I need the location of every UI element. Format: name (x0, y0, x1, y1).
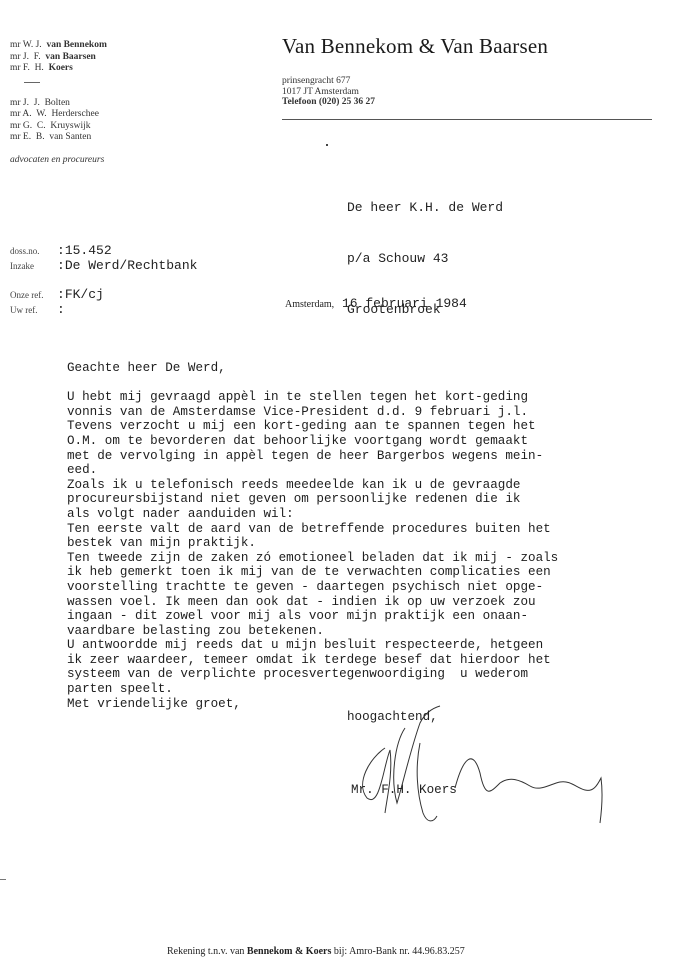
address-street: prinsengracht 677 (282, 76, 375, 87)
closing: hoogachtend, (347, 710, 438, 724)
body-line: ik zeer waardeer, temeer omdat ik terdeg… (67, 653, 558, 668)
recipient-name: De heer K.H. de Werd (347, 199, 503, 216)
signer-name: Mr. F.H. Koers (351, 783, 457, 797)
partner-title: mr J. F. (10, 52, 45, 62)
partner-separator (24, 82, 40, 83)
partner-name: Bolten (45, 98, 70, 108)
our-ref-value: FK/cj (65, 287, 104, 302)
punch-mark (0, 879, 6, 880)
partner-row: mr G. C. Kruyswijk (10, 121, 107, 133)
body-line: ik heb gemerkt toen ik mij van de te ver… (67, 565, 558, 580)
reference-block: doss.no.:15.452 Inzake:De Werd/Rechtbank… (10, 243, 197, 317)
footer-account-holder: Bennekom & Koers (247, 946, 331, 957)
dossier-label: doss.no. (10, 244, 57, 259)
partner-title: mr G. C. (10, 121, 50, 131)
date-place: Amsterdam, (285, 299, 334, 310)
body-line: bestek van mijn praktijk. (67, 536, 558, 551)
footer-suffix: bij: Amro-Bank nr. 44.96.83.257 (334, 946, 465, 957)
partner-title: mr E. B. (10, 132, 49, 142)
dossier-value: 15.452 (65, 243, 112, 258)
salutation: Geachte heer De Werd, (67, 361, 558, 376)
scan-speck (326, 144, 328, 146)
body-line: systeem van de verplichte procesvertegen… (67, 667, 558, 682)
your-ref-label: Uw ref. (10, 303, 57, 318)
partner-row: mr E. B. van Santen (10, 132, 107, 144)
partner-name: van Baarsen (45, 52, 95, 62)
body-line: Ten tweede zijn de zaken zó emotioneel b… (67, 551, 558, 566)
partner-name: van Santen (49, 132, 91, 142)
body-line: U antwoordde mij reeds dat u mijn beslui… (67, 638, 558, 653)
recipient-street: p/a Schouw 43 (347, 250, 503, 267)
subject-label: Inzake (10, 259, 57, 274)
body-line: Ten eerste valt de aard van de betreffen… (67, 522, 558, 537)
partner-list: mr W. J. van Bennekommr J. F. van Baarse… (10, 40, 107, 166)
body-line: ingaan - dit zowel voor mij als voor mij… (67, 609, 558, 624)
body-line: Zoals ik u telefonisch reeds meedeelde k… (67, 478, 558, 493)
body-line: procureursbijstand niet geven om persoon… (67, 492, 558, 507)
body-line: vaardbare belasting zou betekenen. (67, 624, 558, 639)
dossier-row: doss.no.:15.452 (10, 243, 197, 258)
partner-row: mr W. J. van Bennekom (10, 40, 107, 52)
date-value: 16 februari 1984 (342, 296, 467, 311)
partner-row: mr A. W. Herderschee (10, 109, 107, 121)
partner-row: mr F. H. Koers (10, 63, 107, 75)
partner-row: mr J. F. van Baarsen (10, 52, 107, 64)
letter-body: Geachte heer De Werd, U hebt mij gevraag… (67, 361, 558, 711)
handwritten-signature (345, 688, 625, 828)
partner-title: mr F. H. (10, 63, 49, 73)
partner-name: van Bennekom (46, 40, 106, 50)
letter-date: Amsterdam, 16 februari 1984 (285, 296, 467, 311)
body-line: U hebt mij gevraagd appèl in te stellen … (67, 390, 558, 405)
body-line: als volgt nader aanduiden wil: (67, 507, 558, 522)
partner-title: mr J. J. (10, 98, 45, 108)
profession-label: advocaten en procureurs (10, 155, 107, 167)
body-line: met de vervolging in appèl tegen de heer… (67, 449, 558, 464)
partner-name: Herderschee (51, 109, 98, 119)
firm-name: Van Bennekom & Van Baarsen (282, 34, 548, 59)
body-line: eed. (67, 463, 558, 478)
header-rule (282, 119, 652, 120)
address-city: 1017 JT Amsterdam (282, 87, 375, 98)
partner-row: mr J. J. Bolten (10, 98, 107, 110)
body-line: Tevens verzocht u mij een kort-geding aa… (67, 419, 558, 434)
subject-value: De Werd/Rechtbank (65, 258, 198, 273)
body-line: wassen voel. Ik meen dan ook dat - indie… (67, 595, 558, 610)
subject-row: Inzake:De Werd/Rechtbank (10, 258, 197, 273)
body-line: voorstelling trachtte te geven - daarteg… (67, 580, 558, 595)
our-ref-row: Onze ref.:FK/cj (10, 287, 197, 302)
bank-footer: Rekening t.n.v. van Bennekom & Koers bij… (167, 946, 465, 957)
footer-prefix: Rekening t.n.v. van (167, 946, 244, 957)
partner-name: Kruyswijk (50, 121, 90, 131)
body-line: O.M. om te bevorderen dat behoorlijke vo… (67, 434, 558, 449)
telephone: Telefoon (020) 25 36 27 (282, 97, 375, 108)
body-line: vonnis van de Amsterdamse Vice-President… (67, 405, 558, 420)
firm-address: prinsengracht 677 1017 JT Amsterdam Tele… (282, 76, 375, 108)
partner-title: mr A. W. (10, 109, 51, 119)
partner-title: mr W. J. (10, 40, 46, 50)
our-ref-label: Onze ref. (10, 288, 57, 303)
partner-name: Koers (49, 63, 73, 73)
your-ref-row: Uw ref.: (10, 302, 197, 317)
